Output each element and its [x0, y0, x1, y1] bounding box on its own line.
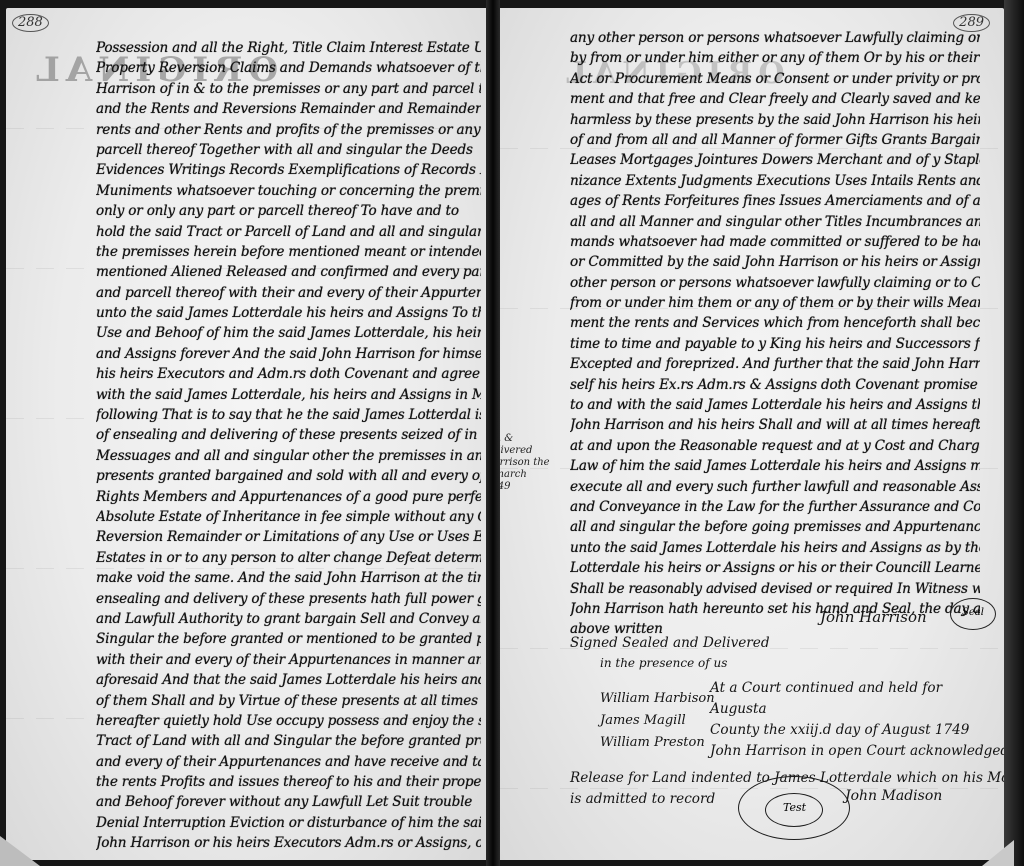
manuscript-line: other person or persons whatsoever lawfu… — [570, 273, 980, 293]
left-page: ORIGINAL 288 Possession and all the Righ… — [6, 8, 486, 860]
manuscript-line: and Lawfull Authority to grant bargain S… — [96, 609, 481, 629]
manuscript-line: unto the said James Lotterdale his heirs… — [96, 303, 481, 323]
witness-list: William Harbison James Magill William Pr… — [600, 688, 715, 754]
witness-heading: Signed Sealed and Delivered in the prese… — [570, 633, 770, 673]
manuscript-line: his heirs Executors and Adm.rs doth Cove… — [96, 364, 481, 384]
manuscript-line: Excepted and foreprized. And further tha… — [570, 354, 980, 374]
deed-text: Possession and all the Right, Title Clai… — [96, 38, 481, 854]
manuscript-line: John Harrison and his heirs Shall and wi… — [570, 415, 980, 435]
manuscript-line: all and singular the before going premis… — [570, 517, 980, 537]
manuscript-line: Harrison of in & to the premisses or any… — [96, 79, 481, 99]
manuscript-line: mands whatsoever had made committed or s… — [570, 232, 980, 252]
clerk-seal-icon: Test — [738, 776, 850, 840]
manuscript-line: make void the same. And the said John Ha… — [96, 568, 481, 588]
witness-name: William Preston — [600, 732, 715, 754]
grantor-signature: John Harrison — [820, 608, 927, 626]
manuscript-line: Muniments whatsoever touching or concern… — [96, 181, 481, 201]
manuscript-line: with their and every of their Appurtenan… — [96, 650, 481, 670]
manuscript-line: and Assigns forever And the said John Ha… — [96, 344, 481, 364]
manuscript-line: Absolute Estate of Inheritance in fee si… — [96, 507, 481, 527]
binding-gutter — [486, 0, 500, 866]
manuscript-line: ages of Rents Forfeitures fines Issues A… — [570, 191, 980, 211]
court-entry: At a Court continued and held for August… — [710, 678, 990, 762]
manuscript-line: unto the said James Lotterdale his heirs… — [570, 538, 980, 558]
witness-heading-line: in the presence of us — [570, 653, 770, 673]
clerk-signature: John Madison — [845, 788, 942, 804]
margin-note-line: Ex. & delivered — [500, 433, 559, 457]
manuscript-line: mentioned Aliened Released and confirmed… — [96, 262, 481, 282]
manuscript-line: Property Reversion Claims and Demands wh… — [96, 58, 481, 78]
margin-note-line: Harrison the — [500, 457, 559, 469]
manuscript-line: ment and that free and Clear freely and … — [570, 89, 980, 109]
witness-name: James Magill — [600, 710, 715, 732]
manuscript-line: presents granted bargained and sold with… — [96, 466, 481, 486]
manuscript-line: aforesaid And that the said James Lotter… — [96, 670, 481, 690]
manuscript-line: from or under him them or any of them or… — [570, 293, 980, 313]
manuscript-line: and Behoof forever without any Lawfull L… — [96, 792, 481, 812]
page-number: 288 — [12, 14, 49, 32]
manuscript-line: of and from all and all Manner of former… — [570, 130, 980, 150]
manuscript-line: time to time and payable to y King his h… — [570, 334, 980, 354]
manuscript-line: following That is to say that he the sai… — [96, 405, 481, 425]
margin-note-line: 4 march — [500, 469, 559, 481]
scan-edge — [1004, 0, 1024, 866]
page-corner — [982, 840, 1014, 866]
manuscript-line: of ensealing and delivering of these pre… — [96, 425, 481, 445]
manuscript-line: ensealing and delivery of these presents… — [96, 589, 481, 609]
manuscript-line: hereafter quietly hold Use occupy posses… — [96, 711, 481, 731]
manuscript-line: by from or under him either or any of th… — [570, 48, 980, 68]
manuscript-line: and Conveyance in the Law for the furthe… — [570, 497, 980, 517]
manuscript-line: Evidences Writings Records Exemplificati… — [96, 160, 481, 180]
manuscript-line: or Committed by the said John Harrison o… — [570, 252, 980, 272]
witness-heading-line: Signed Sealed and Delivered — [570, 633, 770, 653]
manuscript-line: execute all and every such further lawfu… — [570, 477, 980, 497]
manuscript-line: the rents Profits and issues thereof to … — [96, 772, 481, 792]
manuscript-line: Reversion Remainder or Limitations of an… — [96, 527, 481, 547]
manuscript-line: with the said James Lotterdale, his heir… — [96, 385, 481, 405]
manuscript-line: only or only any part or parcell thereof… — [96, 201, 481, 221]
manuscript-line: hold the said Tract or Parcell of Land a… — [96, 222, 481, 242]
deed-text: any other person or persons whatsoever L… — [570, 28, 980, 640]
manuscript-line: and every of their Appurtenances and hav… — [96, 752, 481, 772]
manuscript-line: rents and other Rents and profits of the… — [96, 120, 481, 140]
manuscript-line: Law of him the said James Lotterdale his… — [570, 456, 980, 476]
manuscript-line: at and upon the Reasonable request and a… — [570, 436, 980, 456]
page-corner — [0, 836, 40, 866]
manuscript-line: to and with the said James Lotterdale hi… — [570, 395, 980, 415]
manuscript-line: Leases Mortgages Jointures Dowers Mercha… — [570, 150, 980, 170]
witness-name: William Harbison — [600, 688, 715, 710]
manuscript-line: Use and Behoof of him the said James Lot… — [96, 323, 481, 343]
margin-note: Ex. & delivered Harrison the 4 march 174… — [500, 433, 559, 493]
court-entry-line: John Harrison in open Court acknowledged… — [710, 741, 990, 762]
court-entry-line: County the xxiij.d day of August 1749 — [710, 720, 990, 741]
manuscript-line: the premisses herein before mentioned me… — [96, 242, 481, 262]
manuscript-line: self his heirs Ex.rs Adm.rs & Assigns do… — [570, 375, 980, 395]
manuscript-line: and parcell thereof with their and every… — [96, 283, 481, 303]
manuscript-line: Act or Procurement Means or Consent or u… — [570, 69, 980, 89]
manuscript-line: Messuages and all and singular other the… — [96, 446, 481, 466]
clerk-seal-label: Test — [783, 801, 806, 814]
court-entry-line: At a Court continued and held for August… — [710, 678, 990, 720]
right-page: ORIGINAL 289 any other person or persons… — [500, 8, 1004, 860]
manuscript-line: of them Shall and by Virtue of these pre… — [96, 691, 481, 711]
manuscript-line: any other person or persons whatsoever L… — [570, 28, 980, 48]
manuscript-line: ment the rents and Services which from h… — [570, 313, 980, 333]
manuscript-line: nizance Extents Judgments Executions Use… — [570, 171, 980, 191]
manuscript-line: Rights Members and Appurtenances of a go… — [96, 487, 481, 507]
seal-mark: Seal — [950, 598, 996, 630]
manuscript-line: harmless by these presents by the said J… — [570, 110, 980, 130]
manuscript-line: parcell thereof Together with all and si… — [96, 140, 481, 160]
document-scan: ORIGINAL 288 Possession and all the Righ… — [0, 0, 1024, 866]
manuscript-line: Lotterdale his heirs or Assigns or his o… — [570, 558, 980, 578]
margin-note-line: 1749 — [500, 481, 559, 493]
manuscript-line: Denial Interruption Eviction or disturba… — [96, 813, 481, 833]
manuscript-line: Tract of Land with all and Singular the … — [96, 731, 481, 751]
manuscript-line: Singular the before granted or mentioned… — [96, 629, 481, 649]
manuscript-line: John Harrison or his heirs Executors Adm… — [96, 833, 481, 853]
manuscript-line: Possession and all the Right, Title Clai… — [96, 38, 481, 58]
manuscript-line: and the Rents and Reversions Remainder a… — [96, 99, 481, 119]
manuscript-line: all and all Manner and singular other Ti… — [570, 212, 980, 232]
manuscript-line: Shall be reasonably advised devised or r… — [570, 579, 980, 599]
manuscript-line: Estates in or to any person to alter cha… — [96, 548, 481, 568]
